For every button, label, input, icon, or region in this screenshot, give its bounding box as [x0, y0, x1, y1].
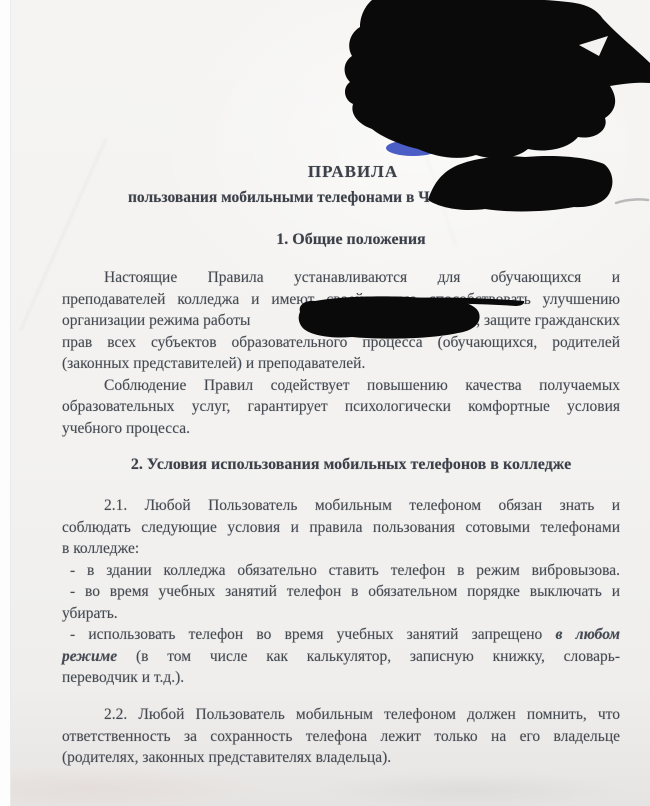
paragraph-line: образовательных услуг, гарантирует психо… [62, 396, 620, 418]
responsibility-paragraph: 2.2. Любой Пользователь мобильным телефо… [62, 704, 620, 769]
bullet-line: - использовать телефон во время учебных … [62, 624, 620, 646]
paragraph-line: Настоящие Правила устанавливаются для об… [62, 267, 620, 289]
general-provisions-paragraphs: Настоящие Правила устанавливаются для об… [62, 267, 620, 439]
bullet-continuation-line: режиме (в том числе как калькулятор, зап… [62, 646, 620, 668]
line-left-fragment: организации режима работы [62, 310, 250, 332]
paragraph-line: соблюдать следующие условия и правила по… [62, 517, 620, 539]
emphasized-text: режиме [62, 648, 117, 665]
bullet-continuation-line: переводчик и т.д.). [62, 667, 620, 689]
subtitle-visible-text: пользования мобильными телефонами в Ч [128, 189, 430, 206]
paragraph-line: учебного процесса. [62, 418, 620, 440]
bullet-line: - во время учебных занятий телефон в обя… [62, 581, 620, 603]
paragraph-line: преподавателей колледжа и имеют своей це… [62, 289, 620, 311]
bullet-text: (в том числе как калькулятор, записную к… [117, 648, 620, 665]
line-right-fragment: , защите гражданских [476, 310, 620, 332]
scan-edge-strip [0, 0, 11, 806]
bullet-continuation-line: убирать. [62, 603, 620, 625]
redaction-scribble-header [345, 0, 650, 158]
emphasized-text: в любом [555, 626, 620, 643]
paragraph-line: (родителях, законных представителях влад… [62, 747, 620, 769]
paragraph-line: 2.1. Любой Пользователь мобильным телефо… [62, 495, 620, 517]
section-2-heading: 2. Условия использования мобильных телеф… [62, 454, 630, 476]
section-1-heading: 1. Общие положения [62, 229, 630, 251]
paragraph-line: (законных представителей) и преподавател… [62, 353, 620, 375]
redaction-scribble-notch [579, 36, 608, 56]
blue-ink-mark [386, 140, 440, 156]
bullet-text: - использовать телефон во время учебных … [70, 626, 542, 643]
document-subtitle: пользования мобильными телефонами в Ч [62, 187, 650, 209]
paragraph-line: ответственность за сохранность телефона … [62, 726, 620, 748]
usage-conditions-paragraphs: 2.1. Любой Пользователь мобильным телефо… [62, 495, 620, 689]
scanned-document-page: ПРАВИЛА пользования мобильными телефонам… [0, 0, 650, 806]
document-title: ПРАВИЛА [62, 160, 632, 184]
paragraph-line-with-redaction: организации режима работы, защите гражда… [62, 310, 620, 332]
paragraph-line: прав всех субъектов образовательного про… [62, 332, 620, 354]
paragraph-line: в колледже: [62, 538, 620, 560]
paragraph-line: Соблюдение Правил содействует повышению … [62, 375, 620, 397]
paragraph-line: 2.2. Любой Пользователь мобильным телефо… [62, 704, 620, 726]
bullet-line: - в здании колледжа обязательно ставить … [62, 560, 620, 582]
